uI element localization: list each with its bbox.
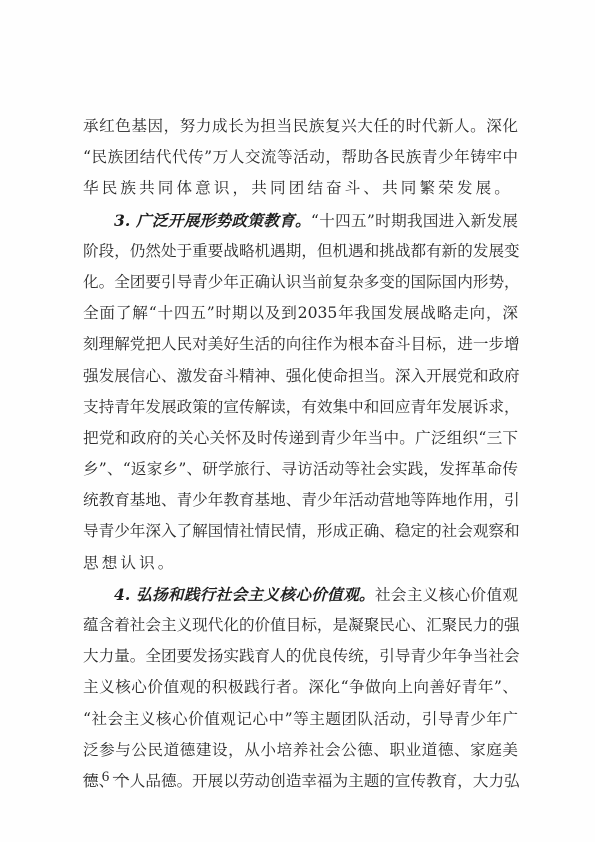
text-line: 华民族共同体意识，共同团结奋斗、共同繁荣发展。 [83,173,518,204]
text-line: 蕴含着社会主义现代化的价值目标，是凝聚民心、汇聚民力的强 [83,610,518,641]
section-4-first-line: 4. 弘扬和践行社会主义核心价值观。社会主义核心价值观 [83,579,518,610]
text-line: 全面了解“十四五”时期以及到2035年我国发展战略走向，深 [83,298,518,329]
text-line: 阶段，仍然处于重要战略机遇期，但机遇和挑战都有新的发展变 [83,236,518,267]
text-span: “十四五”时期我国进入新发展 [311,212,518,230]
page-number: — 6 — [83,766,128,788]
section-3-heading: 3. 广泛开展形势政策教育。 [114,211,311,230]
text-line: 承红色基因，努力成长为担当民族复兴大任的时代新人。深化 [83,111,518,142]
text-line: 强发展信心、激发奋斗精神、强化使命担当。深入开展党和政府 [83,361,518,392]
text-line: 主义核心价值观的积极践行者。深化“争做向上向善好青年”、 [83,672,518,703]
document-page: 承红色基因，努力成长为担当民族复兴大任的时代新人。深化 “民族团结代代传”万人交… [0,0,595,842]
text-span: 社会主义核心价值观 [375,586,518,604]
text-line: 把党和政府的关心关怀及时传递到青少年当中。广泛组织“三下 [83,423,518,454]
text-line: 大力量。全团要发扬实践育人的优良传统，引导青少年争当社会 [83,641,518,672]
text-line: 支持青年发展政策的宣传解读，有效集中和回应青年发展诉求， [83,392,518,423]
section-4-heading: 4. 弘扬和践行社会主义核心价值观。 [114,585,375,604]
text-line: 化。全团要引导青少年正确认识当前复杂多变的国际国内形势， [83,267,518,298]
text-line: “民族团结代代传”万人交流等活动，帮助各民族青少年铸牢中 [83,142,518,173]
text-line: 泛参与公民道德建设，从小培养社会公德、职业道德、家庭美 [83,735,518,766]
text-line: “社会主义核心价值观记心中”等主题团队活动，引导青少年广 [83,704,518,735]
document-body: 承红色基因，努力成长为担当民族复兴大任的时代新人。深化 “民族团结代代传”万人交… [83,111,518,797]
section-3-first-line: 3. 广泛开展形势政策教育。“十四五”时期我国进入新发展 [83,205,518,236]
text-line: 刻理解党把人民对美好生活的向往作为根本奋斗目标，进一步增 [83,329,518,360]
text-line: 统教育基地、青少年教育基地、青少年活动营地等阵地作用，引 [83,485,518,516]
text-line: 导青少年深入了解国情社情民情，形成正确、稳定的社会观察和 [83,516,518,547]
text-line: 德、个人品德。开展以劳动创造幸福为主题的宣传教育，大力弘 [83,766,518,797]
text-line: 乡”、“返家乡”、研学旅行、寻访活动等社会实践，发挥革命传 [83,454,518,485]
text-line: 思想认识。 [83,548,518,579]
